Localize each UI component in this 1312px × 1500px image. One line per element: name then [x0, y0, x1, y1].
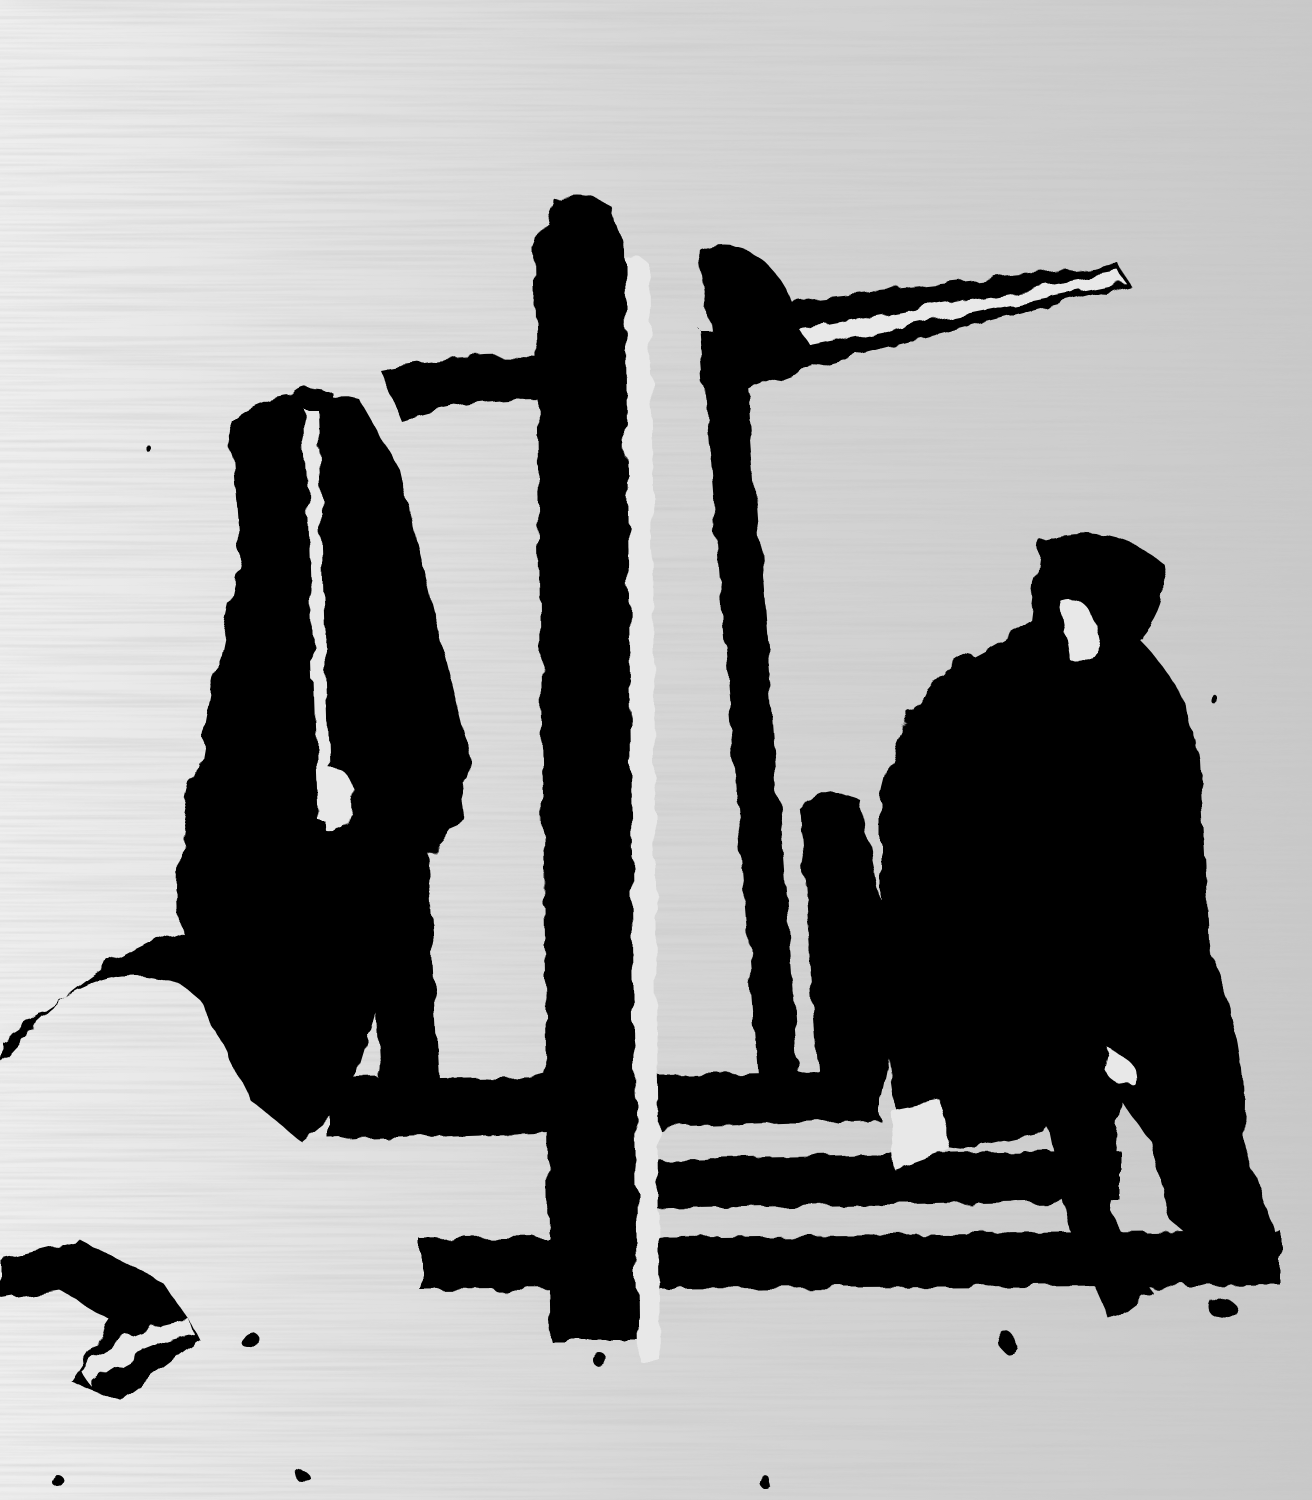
floor-dot: [51, 1474, 63, 1486]
machine-base-rail-2: [420, 1230, 1280, 1290]
floor-dot: [965, 1128, 985, 1148]
floor-dot: [147, 447, 153, 453]
floor-dot: [593, 1353, 607, 1367]
floor-dot: [1210, 1296, 1234, 1320]
artwork-canvas: [0, 0, 1312, 1500]
machine-base-rail-3: [650, 1150, 1120, 1210]
floor-dot: [241, 1331, 259, 1349]
floor-dot: [1211, 696, 1219, 704]
floor-dot: [759, 1476, 771, 1488]
floor-dot: [297, 1471, 309, 1483]
floor-dot: [998, 1333, 1016, 1351]
